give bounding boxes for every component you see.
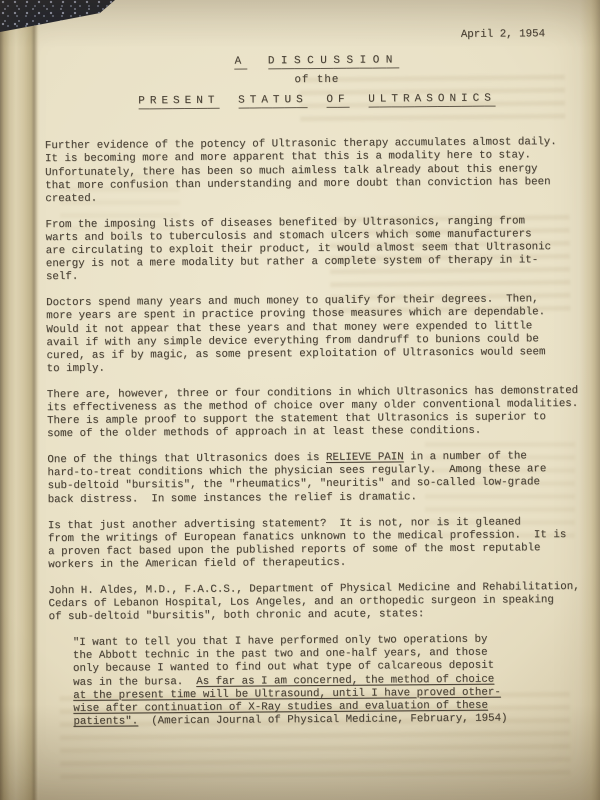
document-title: A DISCUSSION of the PRESENT STATUS OF UL… bbox=[44, 53, 589, 110]
page-left-edge-crease bbox=[0, 0, 40, 800]
document-content: April 2, 1954 A DISCUSSION of the PRESEN… bbox=[44, 28, 595, 742]
relieve-pain-underlined: RELIEVE PAIN bbox=[326, 452, 404, 465]
paragraph-5: One of the things that Ultrasonics does … bbox=[47, 450, 592, 507]
photo-of-typewritten-page: April 2, 1954 A DISCUSSION of the PRESEN… bbox=[0, 0, 600, 800]
title-line-2: of the bbox=[44, 72, 589, 89]
paragraph-5-text: One of the things that Ultrasonics does … bbox=[47, 452, 326, 466]
paragraph-7: John H. Aldes, M.D., F.A.C.S., Departmen… bbox=[48, 581, 593, 625]
quote-citation: (American Journal of Physical Medicine, … bbox=[138, 712, 507, 727]
paragraph-6: Is that just another advertising stateme… bbox=[48, 515, 593, 572]
paragraph-4: There are, however, three or four condit… bbox=[47, 385, 592, 442]
title-line-3: PRESENT STATUS OF ULTRASONICS bbox=[45, 92, 590, 109]
paragraph-1: Further evidence of the potency of Ultra… bbox=[45, 136, 590, 206]
title-line-1: A DISCUSSION bbox=[44, 53, 589, 70]
paragraph-3: Doctors spend many years and much money … bbox=[46, 293, 592, 376]
paragraph-2: From the imposing lists of diseases bene… bbox=[45, 215, 590, 285]
block-quote: "I want to tell you that I have performe… bbox=[73, 634, 529, 729]
